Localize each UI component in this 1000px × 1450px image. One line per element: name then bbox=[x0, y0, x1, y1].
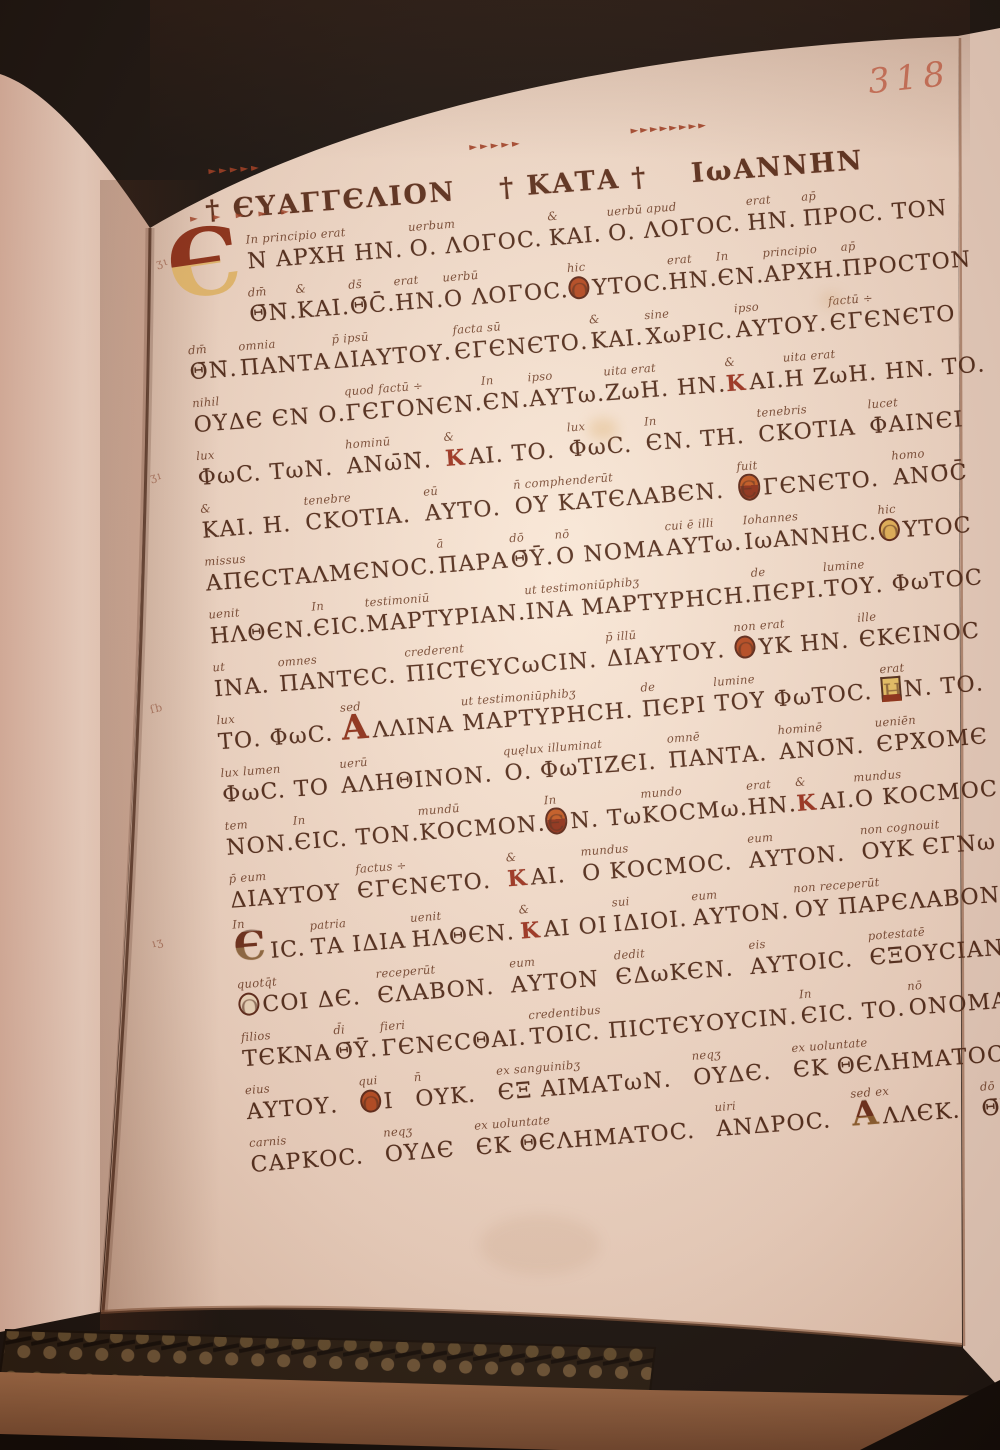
latin-gloss: p̄ eum bbox=[228, 869, 267, 887]
word-pair: receperūtЄΛΑΒΟΝ. bbox=[375, 958, 495, 1011]
latin-gloss: dō bbox=[979, 1079, 995, 1095]
parchment-stain bbox=[820, 292, 842, 308]
greek-text: ΗΝ. bbox=[394, 286, 445, 319]
word-pair: sedΑΛΛΙΝΑ bbox=[339, 692, 454, 747]
latin-gloss: filios bbox=[240, 1028, 271, 1045]
latin-gloss: In bbox=[292, 813, 306, 829]
latin-gloss: eum bbox=[747, 830, 774, 847]
word-pair: patriaΤΑ ΙΔΙΑ bbox=[309, 911, 407, 962]
latin-gloss: ueniēn bbox=[874, 713, 916, 731]
latin-gloss: In bbox=[799, 986, 813, 1002]
decorated-initial: Κ bbox=[796, 789, 818, 819]
word-pair: quiΟΙ bbox=[358, 1072, 395, 1118]
word-pair: non eratΟΥΚ ΗΝ. bbox=[733, 612, 851, 665]
greek-text: Θ̄Ν̄. bbox=[189, 355, 239, 388]
latin-gloss: ap̄ bbox=[840, 239, 856, 255]
word-pair: deΠЄΡΙ bbox=[640, 676, 707, 725]
decorated-initial: Є bbox=[544, 807, 568, 836]
latin-gloss: nō bbox=[907, 978, 923, 994]
latin-gloss: p̄ illū bbox=[605, 628, 637, 645]
latin-gloss: n̄ bbox=[413, 1070, 422, 1086]
word-pair: &ΚΑΙ. bbox=[295, 278, 351, 326]
greek-text: Θ̄Ῡ bbox=[981, 1092, 1000, 1124]
word-pair: eratΗΝ. bbox=[393, 271, 445, 319]
latin-gloss: uenit bbox=[208, 605, 240, 622]
word-pair: p̄ illūΔΙΑΥΤΟΥ. bbox=[605, 621, 727, 674]
latin-gloss: omnes bbox=[277, 652, 317, 670]
greek-text: ΟΙ bbox=[359, 1087, 395, 1119]
latin-gloss: mundo bbox=[640, 784, 683, 802]
latin-gloss: hic bbox=[877, 502, 897, 518]
word-pair: eiusΑΥΤΟΥ. bbox=[244, 1076, 339, 1127]
word-pair: sed exΑΛΛЄΚ. bbox=[850, 1078, 962, 1133]
latin-gloss: de bbox=[640, 680, 656, 696]
word-pair: &ΚΑΙ. bbox=[505, 846, 567, 894]
latin-gloss: eum bbox=[509, 955, 536, 972]
word-pair: uenitΗΛΘЄΝ. bbox=[409, 903, 515, 955]
greek-text: ΑΥΤω. bbox=[665, 529, 743, 564]
latin-gloss: lux bbox=[196, 448, 216, 464]
latin-gloss: eius bbox=[244, 1081, 270, 1098]
word-pair: &ΚΑΙ. bbox=[724, 351, 786, 399]
word-pair: ipsoΑΥΤΟΥ. bbox=[733, 294, 828, 345]
latin-gloss: qui bbox=[358, 1073, 378, 1089]
word-pair: deΠЄΡΙ. bbox=[750, 560, 826, 609]
greek-text: ΑΝΟ̄C̄ bbox=[892, 458, 969, 493]
latin-gloss: homo bbox=[891, 446, 925, 464]
latin-gloss: ā bbox=[436, 536, 444, 552]
greek-text: ΚΑΙ. bbox=[296, 293, 351, 326]
latin-gloss: ap̄ bbox=[801, 189, 817, 205]
latin-gloss: dedit bbox=[613, 946, 645, 963]
word-pair: hominūΑΝω̄Ν̄. bbox=[344, 431, 432, 481]
word-pair: n̄ΟΥΚ. bbox=[413, 1066, 477, 1115]
word-pair: lux lumenΦωC. ΤΟ bbox=[220, 758, 330, 810]
word-pair: InЄΝ. bbox=[715, 246, 765, 293]
decorated-initial: Α bbox=[851, 1100, 881, 1128]
word-pair: eumΑΥΤΟΝ. bbox=[691, 882, 791, 933]
word-pair: illeЄΚЄΙΝΟC bbox=[857, 602, 981, 655]
latin-gloss: In bbox=[480, 373, 494, 389]
latin-gloss: uerū bbox=[339, 755, 368, 772]
greek-text: ЄΙC. bbox=[233, 927, 307, 968]
latin-gloss: neqʒ bbox=[691, 1047, 721, 1064]
latin-gloss: eum bbox=[691, 887, 718, 904]
latin-gloss: & bbox=[443, 429, 455, 445]
word-pair: &ΚΑΙ. Η. bbox=[200, 495, 293, 546]
latin-gloss: quotq̄t bbox=[236, 974, 277, 992]
word-pair: dm̄Θ̄Ν̄. bbox=[247, 282, 298, 330]
greek-text: ΑΥΤω. bbox=[528, 380, 606, 415]
word-pair: āΠΑΡΑ bbox=[436, 532, 510, 581]
word-pair: ipsoΑΥΤω. bbox=[527, 365, 606, 415]
manuscript-text: Є ►►►►► ►►►►► ►►►►►►►► ► ► ► ► ► † ЄΥΑΓΓ… bbox=[174, 112, 1000, 1238]
latin-gloss: ipso bbox=[527, 369, 553, 386]
latin-gloss: erat bbox=[666, 251, 692, 268]
greek-text: ΗΝ. bbox=[668, 265, 719, 298]
word-pair: filiosΤЄΚΝΑ bbox=[240, 1024, 332, 1075]
latin-gloss: eis bbox=[748, 937, 766, 953]
decorated-initial: Ο bbox=[734, 635, 757, 660]
greek-text: ЄΝ. bbox=[482, 385, 531, 417]
latin-gloss: dm̄ bbox=[247, 284, 267, 300]
greek-text: ΚΑΙ. bbox=[725, 366, 786, 399]
latin-gloss: lumine bbox=[713, 672, 756, 690]
latin-gloss: uerbū bbox=[442, 268, 479, 286]
greek-text: ΚΑΙ. bbox=[506, 861, 567, 894]
word-pair: InЄΙC. bbox=[232, 912, 307, 968]
latin-gloss: uiri bbox=[714, 1099, 737, 1116]
latin-gloss: dm̄ bbox=[188, 342, 208, 358]
latin-gloss: erat bbox=[393, 273, 419, 290]
greek-text: ЄΝ. bbox=[716, 261, 765, 293]
latin-gloss: & bbox=[295, 281, 307, 297]
latin-gloss: patria bbox=[309, 916, 347, 934]
word-pair: InЄΝ. ΤΗ. bbox=[643, 407, 745, 458]
latin-gloss: sed bbox=[339, 699, 361, 716]
word-pair: hicΟΥΤΟC. bbox=[566, 253, 669, 305]
latin-gloss: de bbox=[750, 565, 766, 581]
decorated-initial: Ο bbox=[238, 992, 261, 1017]
latin-gloss: d̄i bbox=[333, 1022, 346, 1038]
word-pair: quotq̄tΟCOΙ ΔЄ. bbox=[236, 968, 362, 1021]
latin-gloss: erat bbox=[879, 660, 905, 677]
latin-gloss: uenit bbox=[409, 909, 441, 926]
word-pair: eumΑΥΤΟΝ bbox=[509, 950, 600, 1001]
word-pair: suiΙΔΙΟΙ. bbox=[611, 890, 688, 940]
greek-text: ΚΑΙ. bbox=[548, 220, 603, 253]
latin-gloss: & bbox=[589, 312, 601, 328]
word-pair: dm̄Θ̄Ν̄. bbox=[188, 340, 239, 388]
manuscript-photo: 318 Є ►►►►► ►►►►► ►►►►►►►► ► ► ► ► ► † Є… bbox=[0, 0, 1000, 1450]
latin-gloss: lux bbox=[216, 712, 236, 728]
greek-text: Θ̄Ῡ. bbox=[510, 543, 555, 575]
word-pair: omnesΠΑΝΤЄC. bbox=[277, 646, 397, 699]
word-pair: eratΗΝ. ΤΟ. bbox=[879, 654, 985, 706]
latin-gloss: erat bbox=[745, 192, 771, 209]
decorated-initial: Є bbox=[233, 930, 268, 962]
word-pair: ex uoluntateЄΚ ΘЄΛΗΜΑΤΟC. bbox=[474, 1102, 697, 1163]
greek-text: ЄΙC. bbox=[312, 611, 367, 644]
word-pair: &ΚΑΙ. bbox=[547, 205, 603, 253]
decorated-initial: Κ bbox=[725, 369, 747, 399]
latin-gloss: ut bbox=[212, 660, 226, 676]
word-pair: omniaΠΑΝΤΑ bbox=[238, 333, 332, 384]
word-pair: InЄΝ. bbox=[480, 370, 530, 417]
decorated-initial: Κ bbox=[506, 864, 528, 894]
latin-gloss: ille bbox=[857, 609, 877, 625]
word-pair: dōΘ̄Ῡ bbox=[979, 1077, 1000, 1124]
latin-gloss: & bbox=[547, 209, 559, 225]
word-pair: InЄΝ. Τω bbox=[543, 786, 643, 838]
greek-text: ΚΑΙ. bbox=[796, 786, 857, 819]
greek-text: ΗΝ. bbox=[747, 790, 798, 823]
word-pair: homoΑΝΟ̄C̄ bbox=[891, 443, 969, 493]
greek-text: ΠЄΡΙ. bbox=[751, 575, 826, 609]
word-pair: eratΗΝ. bbox=[745, 190, 797, 238]
latin-gloss: omnia bbox=[238, 337, 276, 355]
latin-gloss: & bbox=[518, 902, 530, 918]
word-pair: InЄΙC. bbox=[311, 596, 368, 644]
greek-text: ΗΝ. bbox=[746, 205, 797, 238]
word-pair: uita eratΖωΗ. ΗΝ. bbox=[603, 355, 727, 408]
greek-text: ΟΥΚ. bbox=[414, 1081, 477, 1115]
latin-gloss: In bbox=[715, 249, 729, 265]
latin-gloss: & bbox=[794, 774, 806, 790]
latin-gloss: In bbox=[643, 414, 657, 430]
latin-gloss: ds̄ bbox=[348, 277, 363, 293]
latin-gloss: lux bbox=[566, 419, 586, 435]
word-pair: principioΑΡΧΗ. bbox=[762, 240, 844, 290]
latin-gloss: hic bbox=[566, 260, 586, 276]
word-pair: &ΚΑΙ. bbox=[794, 771, 856, 819]
latin-gloss: & bbox=[505, 850, 517, 866]
latin-gloss: ipso bbox=[733, 299, 759, 316]
latin-gloss: lumine bbox=[822, 557, 865, 575]
word-pair: dōΘ̄Ῡ. bbox=[509, 528, 555, 575]
word-pair: carnisCΑΡΚΟC. bbox=[249, 1127, 365, 1180]
greek-text: ΑΡΧΗ. bbox=[763, 255, 844, 290]
latin-gloss: eū bbox=[423, 484, 439, 500]
greek-text: ΟΥΔЄ bbox=[384, 1135, 456, 1169]
word-pair: d̄iΘ̄Ῡ. bbox=[333, 1020, 379, 1067]
word-pair: eratΗΝ. bbox=[746, 775, 798, 823]
latin-gloss: & bbox=[200, 501, 212, 517]
latin-gloss: & bbox=[724, 354, 736, 370]
latin-gloss: nō bbox=[554, 527, 570, 543]
word-pair: eūΑΥΤΟ. bbox=[423, 479, 502, 529]
parchment-stain bbox=[480, 1215, 600, 1275]
latin-gloss: p̄ ipsū bbox=[331, 330, 369, 348]
latin-gloss: tem bbox=[224, 817, 248, 834]
word-pair: neqʒΟΥΔЄ. bbox=[691, 1043, 772, 1093]
decorated-initial: Κ bbox=[444, 443, 466, 473]
word-pair: &ΚΑΙ ΟΙ bbox=[518, 896, 609, 947]
word-pair: nōΟ ΝΟΜΑ bbox=[554, 520, 665, 572]
greek-text: ΠΑΡΑ bbox=[437, 546, 510, 580]
latin-gloss: fuit bbox=[736, 458, 758, 475]
latin-gloss: lucet bbox=[867, 395, 899, 412]
latin-gloss: In bbox=[311, 599, 325, 615]
latin-gloss: nihil bbox=[192, 394, 220, 411]
decorated-initial: Ο bbox=[568, 275, 591, 300]
greek-text: Θ̄Ῡ. bbox=[334, 1035, 379, 1067]
latin-gloss: neqʒ bbox=[383, 1123, 413, 1140]
decorated-initial: Α bbox=[341, 714, 371, 742]
word-pair: eratΗΝ. bbox=[666, 250, 718, 298]
latin-gloss: mundū bbox=[417, 801, 460, 819]
word-pair: uenitΗΛΘЄΝ. bbox=[208, 600, 314, 652]
word-pair: neqʒΟΥΔЄ bbox=[383, 1120, 456, 1169]
word-pair: tenebreCΚΟΤΙΑ. bbox=[303, 486, 412, 538]
word-pair: sineΧωΡΙC. bbox=[644, 302, 734, 353]
latin-gloss: sui bbox=[611, 894, 630, 910]
latin-gloss: In bbox=[232, 917, 246, 933]
greek-text: ΟΥΔЄ. bbox=[692, 1058, 772, 1093]
word-pair: lucetΦΑΙΝЄΙ bbox=[867, 390, 965, 441]
latin-gloss: fieri bbox=[379, 1018, 405, 1035]
decorated-initial: Η bbox=[880, 676, 902, 702]
word-pair: ueniēnЄΡΧΟΜЄ bbox=[874, 707, 989, 759]
word-pair: mundoΚΟCΜω. bbox=[640, 779, 749, 831]
word-pair: InЄΙC. ΤΟ. bbox=[799, 979, 907, 1031]
word-pair: ds̄Θ̄C̄. bbox=[348, 274, 397, 321]
greek-text: Θ̄Ν̄. bbox=[248, 297, 298, 330]
latin-gloss: missus bbox=[204, 552, 247, 570]
word-pair: tenebrisCΚΟΤΙΑ bbox=[756, 398, 857, 449]
greek-text: ΝΟΝ. bbox=[225, 829, 295, 863]
latin-gloss: erat bbox=[746, 777, 772, 794]
decorated-initial: Є bbox=[737, 473, 761, 502]
word-pair: hominēΑΝΟ̄Ν̄. bbox=[777, 717, 866, 767]
word-pair: uiriΑΝΔΡΟC. bbox=[714, 1091, 832, 1144]
latin-gloss: In bbox=[543, 792, 557, 808]
decorated-initial: Ο bbox=[359, 1089, 382, 1114]
parchment-stain bbox=[588, 418, 618, 440]
latin-gloss: sine bbox=[644, 306, 670, 323]
latin-gloss: omnē bbox=[666, 729, 700, 747]
word-pair: &ΚΑΙ. bbox=[589, 309, 645, 357]
greek-text: ΙΔΙΟΙ. bbox=[612, 905, 688, 940]
word-pair: p̄ ipsūΔΙΑΥΤΟΥ. bbox=[331, 323, 453, 376]
word-pair: temΝΟΝ. bbox=[224, 814, 296, 863]
word-pair: &ΚΑΙ. ΤΟ. bbox=[443, 422, 556, 474]
word-pair: eumΑΥΤΟΝ. bbox=[747, 825, 847, 876]
word-pair: nōΟΝΟΜΑ bbox=[907, 971, 1000, 1023]
latin-gloss: dō bbox=[509, 530, 525, 546]
greek-text: ΑΥΤΟ. bbox=[424, 494, 502, 529]
word-pair: cui ē illiΑΥΤω. bbox=[664, 514, 743, 564]
word-pair: deditЄΔωΚЄΝ. bbox=[613, 939, 735, 992]
latin-gloss: carnis bbox=[249, 1133, 288, 1151]
decorated-initial: Ο bbox=[878, 517, 901, 542]
word-pair: utΙΝΑ. bbox=[212, 656, 271, 704]
greek-text: ΠЄΡΙ bbox=[641, 691, 707, 725]
text-block: In principio eratΝ ΑΡΧΗ ΗΝ.uerbumΟ. ΛΟΓΟ… bbox=[179, 170, 1000, 1180]
word-pair: p̄ eumΔΙΑΥΤΟΥ bbox=[228, 863, 342, 915]
word-pair: eisΑΥΤΟΙC. bbox=[748, 930, 854, 982]
greek-text: Θ̄C̄. bbox=[349, 289, 397, 321]
word-pair: hicΟΥΤΟC bbox=[877, 496, 973, 547]
word-pair: omnēΠΑΝΤΑ. bbox=[666, 724, 768, 775]
word-pair: luxΤΟ. ΦωC. bbox=[216, 704, 334, 757]
greek-text: ΚΑΙ. bbox=[590, 323, 645, 356]
latin-gloss: sed ex bbox=[850, 1084, 890, 1102]
greek-text: ΙΝΑ. bbox=[213, 671, 271, 704]
decorated-initial: Κ bbox=[519, 916, 541, 946]
